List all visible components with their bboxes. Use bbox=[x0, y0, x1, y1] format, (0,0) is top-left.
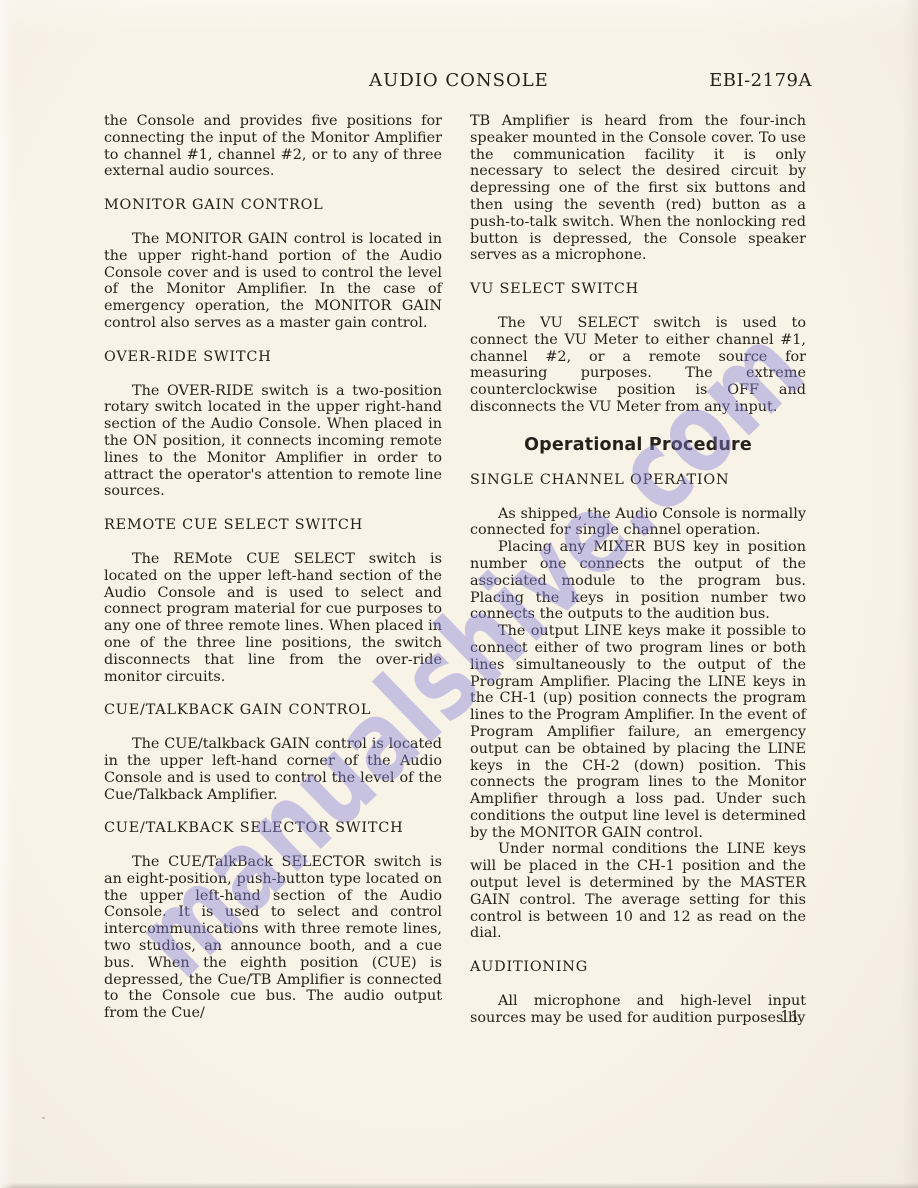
body-paragraph: Under normal conditions the LINE keys wi… bbox=[470, 841, 806, 942]
body-paragraph: The VU SELECT switch is used to connect … bbox=[470, 315, 806, 416]
body-paragraph: As shipped, the Audio Console is normall… bbox=[470, 506, 806, 540]
section-heading: AUDITIONING bbox=[470, 959, 806, 976]
page-header: AUDIO CONSOLE EBI-2179A bbox=[0, 70, 918, 92]
document-number: EBI-2179A bbox=[709, 70, 812, 91]
scan-artifact-dot bbox=[42, 1117, 45, 1119]
body-paragraph: The CUE/TalkBack SELECTOR switch is an e… bbox=[104, 854, 442, 1022]
body-paragraph: The output LINE keys make it possible to… bbox=[470, 623, 806, 841]
body-paragraph: The OVER-RIDE switch is a two-position r… bbox=[104, 383, 442, 501]
body-paragraph: All microphone and high-level input sour… bbox=[470, 993, 806, 1027]
section-heading: MONITOR GAIN CONTROL bbox=[104, 197, 442, 214]
section-heading: VU SELECT SWITCH bbox=[470, 281, 806, 298]
page-number: 11 bbox=[768, 1008, 812, 1026]
body-paragraph: Placing any MIXER BUS key in position nu… bbox=[470, 539, 806, 623]
right-column: TB Amplifier is heard from the four-inch… bbox=[470, 113, 806, 1027]
body-paragraph: The REMote CUE SELECT switch is located … bbox=[104, 551, 442, 685]
procedure-title: Operational Procedure bbox=[470, 436, 806, 455]
section-heading: SINGLE CHANNEL OPERATION bbox=[470, 472, 806, 489]
left-column: the Console and provides five positions … bbox=[104, 113, 442, 1022]
section-heading: OVER-RIDE SWITCH bbox=[104, 349, 442, 366]
body-paragraph: the Console and provides five positions … bbox=[104, 113, 442, 180]
section-heading: CUE/TALKBACK GAIN CONTROL bbox=[104, 702, 442, 719]
section-heading: REMOTE CUE SELECT SWITCH bbox=[104, 517, 442, 534]
document-page: AUDIO CONSOLE EBI-2179A the Console and … bbox=[0, 0, 918, 1188]
body-paragraph: The MONITOR GAIN control is located in t… bbox=[104, 231, 442, 332]
body-paragraph: The CUE/talkback GAIN control is located… bbox=[104, 736, 442, 803]
section-heading: CUE/TALKBACK SELECTOR SWITCH bbox=[104, 820, 442, 837]
body-paragraph: TB Amplifier is heard from the four-inch… bbox=[470, 113, 806, 264]
